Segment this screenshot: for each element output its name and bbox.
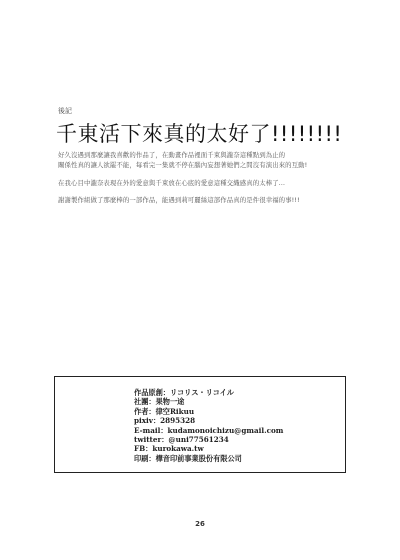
paragraph-3: 謝謝製作組做了那麼棒的一部作品，能遇到莉可麗絲這部作品真的是件很幸福的事!!!: [58, 195, 300, 205]
page-title: 千東活下來真的太好了!!!!!!!!: [56, 118, 342, 148]
paragraph-line: 在我心目中瀧奈表現在外的愛意與千束放在心底的愛意這種交織感真的太棒了…: [58, 178, 285, 188]
credit-original-work: 作品原創：リコリス・リコイル: [134, 388, 283, 397]
credit-twitter: twitter：@uni77561234: [134, 435, 283, 444]
credit-email: E-mail：kudamonoichizu@gmail.com: [134, 426, 283, 435]
credit-printer: 印刷：樺音印前事業股份有限公司: [134, 454, 283, 463]
paragraph-1: 好久沒遇到那麼讓我喜歡的作品了，在動畫作品裡面千束與瀧奈這種點到為止的 關係性真…: [58, 150, 307, 170]
credit-pixiv: pixiv：2895328: [134, 416, 283, 425]
credit-author: 作者：律空Rikuu: [134, 407, 283, 416]
paragraph-2: 在我心目中瀧奈表現在外的愛意與千束放在心底的愛意這種交織感真的太棒了…: [58, 178, 285, 188]
paragraph-line: 好久沒遇到那麼讓我喜歡的作品了，在動畫作品裡面千束與瀧奈這種點到為止的: [58, 150, 307, 160]
credit-circle: 社團：果物一途: [134, 397, 283, 406]
page-number: 26: [0, 520, 400, 528]
credit-facebook: FB：kurokawa.tw: [134, 444, 283, 453]
section-label: 後記: [58, 106, 72, 116]
paragraph-line: 謝謝製作組做了那麼棒的一部作品，能遇到莉可麗絲這部作品真的是件很幸福的事!!!: [58, 195, 300, 205]
paragraph-line: 關係性真的讓人欲罷不能，每看完一集就不停在腦內妄想著她們之間沒有演出來的互動!: [58, 160, 307, 170]
credits-list: 作品原創：リコリス・リコイル 社團：果物一途 作者：律空Rikuu pixiv：…: [134, 388, 283, 463]
